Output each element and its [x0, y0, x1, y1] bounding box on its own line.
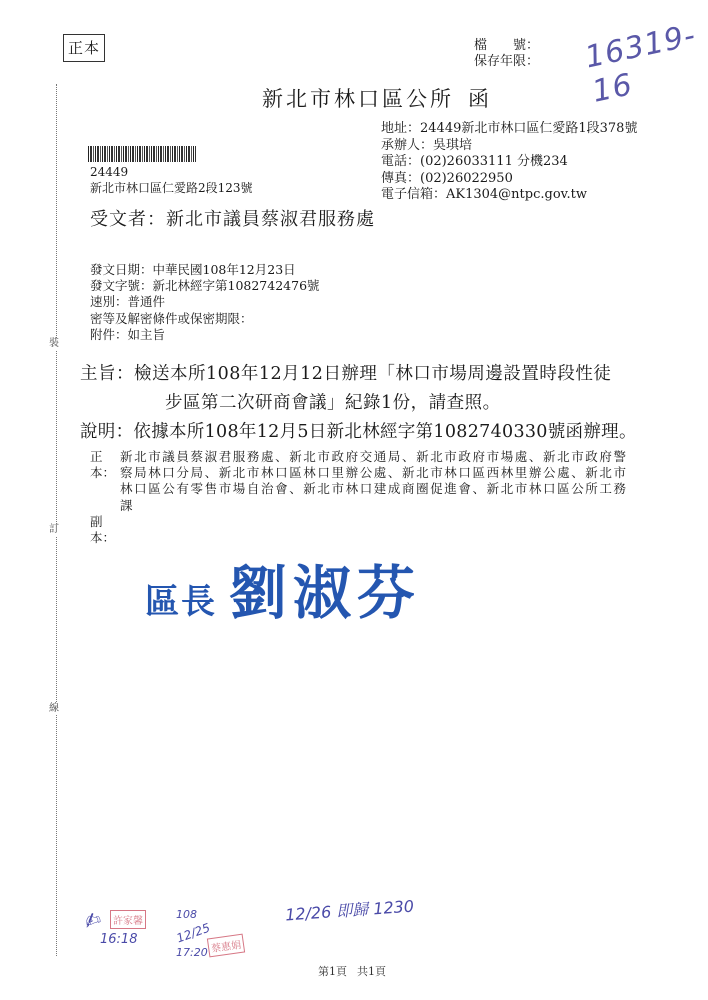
- page-total: 共1頁: [357, 965, 386, 978]
- original-recipients: 正本： 新北市議員蔡淑君服務處、新北市政府交通局、新北市政府市場處、新北市政府警…: [90, 449, 640, 514]
- recipient-address: 新北市林口區仁愛路2段123號: [90, 180, 253, 196]
- handwritten-initial-left: ✍: [80, 906, 104, 934]
- retention-label: 保存年限：: [474, 54, 539, 70]
- original-copy-label: 正本: [63, 34, 105, 62]
- sender-address: 地址：24449新北市林口區仁愛路1段378號: [381, 121, 637, 138]
- file-number-row: 檔 號：: [474, 38, 539, 54]
- page-footer: 第1頁共1頁: [318, 963, 386, 979]
- subject-line-1: 主旨：檢送本所108年12月12日辦理「林口市場周邊設置時段性徒: [80, 360, 611, 389]
- recipient-address-block: 24449 新北市林口區仁愛路2段123號: [90, 164, 253, 196]
- file-number-label: 檔 號：: [474, 38, 539, 54]
- binding-mark-staple: 訂: [49, 524, 59, 536]
- binding-mark-line: 線: [49, 703, 59, 715]
- sender-contact: 地址：24449新北市林口區仁愛路1段378號 承辦人：吳琪培 電話：(02)2…: [381, 121, 637, 204]
- signature-name: 劉淑芬: [229, 559, 421, 627]
- sender-phone: 電話：(02)26033111 分機234: [381, 154, 637, 171]
- issue-date: 發文日期：中華民國108年12月23日: [90, 262, 320, 278]
- distribution: 正本： 新北市議員蔡淑君服務處、新北市政府交通局、新北市政府市場處、新北市政府警…: [90, 449, 640, 546]
- binding-line: [56, 84, 57, 956]
- handwritten-year: 108: [176, 908, 197, 921]
- file-meta: 檔 號： 保存年限：: [474, 38, 539, 70]
- page-number: 第1頁: [318, 965, 347, 978]
- document-number: 發文字號：新北林經字第1082742476號: [90, 278, 320, 294]
- sender-handler: 承辦人：吳琪培: [381, 138, 637, 155]
- copy-recipients-label: 副本：: [90, 514, 120, 546]
- signature-rank: 區長: [145, 582, 217, 622]
- handwritten-note-right: 12/26 即歸 1230: [284, 894, 414, 926]
- document-title: 新北市林口區公所函: [262, 83, 492, 113]
- subject-line-2: 步區第二次研商會議」紀錄1份，請查照。: [80, 389, 611, 418]
- signature-stamp: 區長劉淑芬: [145, 546, 421, 630]
- issuing-office: 新北市林口區公所: [262, 87, 454, 111]
- personal-seal-middle: 蔡惠娟: [207, 934, 245, 958]
- sender-fax: 傳真：(02)26022950: [381, 171, 637, 188]
- sender-email: 電子信箱：AK1304@ntpc.gov.tw: [381, 187, 637, 204]
- handwritten-time-middle: 17:20: [176, 946, 208, 959]
- original-recipients-label: 正本：: [90, 449, 120, 514]
- barcode: [88, 146, 196, 162]
- original-recipients-list: 新北市議員蔡淑君服務處、新北市政府交通局、新北市政府市場處、新北市政府警察局林口…: [120, 449, 640, 514]
- confidentiality: 密等及解密條件或保密期限：: [90, 311, 320, 327]
- document-kind: 函: [468, 87, 492, 111]
- attachment: 附件：如主旨: [90, 327, 320, 343]
- retention-row: 保存年限：: [474, 54, 539, 70]
- subject: 主旨：檢送本所108年12月12日辦理「林口市場周邊設置時段性徒 步區第二次研商…: [80, 360, 611, 418]
- recipient-name: 受文者：新北市議員蔡淑君服務處: [90, 205, 375, 231]
- document-details: 發文日期：中華民國108年12月23日 發文字號：新北林經字第108274247…: [90, 262, 320, 343]
- handwritten-file-number: 16319-16: [582, 16, 708, 109]
- handwritten-time-left: 16:18: [100, 932, 137, 947]
- priority: 速別：普通件: [90, 294, 320, 310]
- explanation: 說明：依據本所108年12月5日新北林經字第1082740330號函辦理。: [80, 418, 637, 443]
- binding-mark-bind: 裝: [49, 338, 59, 350]
- personal-seal-left: 許家馨: [110, 910, 146, 929]
- recipient-postal-code: 24449: [90, 164, 253, 180]
- copy-recipients: 副本：: [90, 514, 640, 546]
